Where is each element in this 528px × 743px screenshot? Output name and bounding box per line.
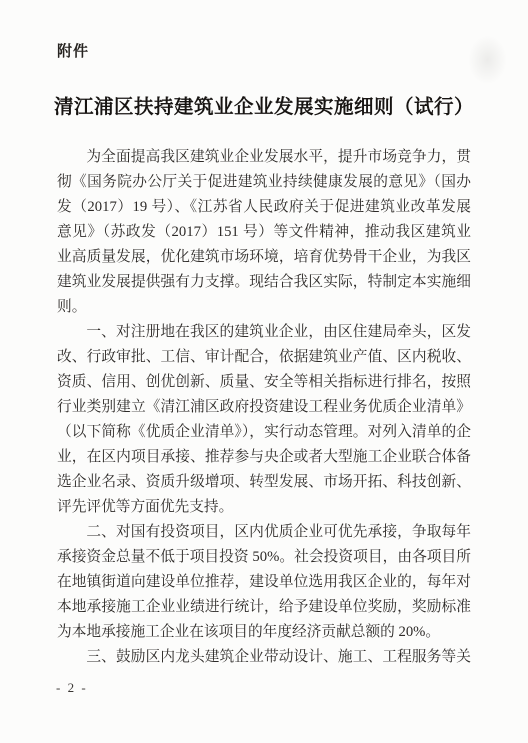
text-line: 评先评优等方面优先支持。 (57, 495, 471, 520)
body-paragraph: 一、对注册地在我区的建筑业企业，由区住建局牵头，区发 改、行政审批、工信、审计配… (57, 320, 471, 520)
text-line: 承接资金总量不低于项目投资 50%。社会投资项目，由各项目所 (57, 545, 471, 570)
text-line: 为本地承接施工企业在该项目的年度经济贡献总额的 20%。 (57, 620, 471, 645)
text-line: （以下简称《优质企业清单》），实行动态管理。对列入清单的企 (57, 420, 471, 445)
body-paragraph: 二、对国有投资项目，区内优质企业可优先承接，争取每年 承接资金总量不低于项目投资… (57, 520, 471, 645)
text-line: 业高质量发展，优化建筑市场环境，培育优势骨干企业，为我区 (57, 245, 471, 270)
document-title: 清江浦区扶持建筑业企业发展实施细则（试行） (0, 91, 528, 119)
document-page: 附件 清江浦区扶持建筑业企业发展实施细则（试行） 为全面提高我区建筑业企业发展水… (0, 0, 528, 743)
text-line: 建筑业发展提供强有力支撑。现结合我区实际，特制定本实施细 (57, 270, 471, 295)
text-line: 资质、信用、创优创新、质量、安全等相关指标进行排名，按照 (57, 370, 471, 395)
document-body: 为全面提高我区建筑业企业发展水平，提升市场竞争力，贯 彻《国务院办公厅关于促进建… (57, 145, 471, 670)
text-line: 一、对注册地在我区的建筑业企业，由区住建局牵头，区发 (57, 320, 471, 345)
scan-smudge (460, 25, 515, 95)
text-line: 在地镇街道向建设单位推荐，建设单位选用我区企业的，每年对 (57, 570, 471, 595)
text-line: 选企业名录、资质升级增项、转型发展、市场开拓、科技创新、 (57, 470, 471, 495)
text-line: 为全面提高我区建筑业企业发展水平，提升市场竞争力，贯 (57, 145, 471, 170)
text-line: 意见》（苏政发（2017）151 号）等文件精神，推动我区建筑业企 (57, 220, 471, 245)
text-line: 发（2017）19 号）、《江苏省人民政府关于促进建筑业改革发展的 (57, 195, 471, 220)
text-line: 二、对国有投资项目，区内优质企业可优先承接，争取每年 (57, 520, 471, 545)
body-paragraph: 为全面提高我区建筑业企业发展水平，提升市场竞争力，贯 彻《国务院办公厅关于促进建… (57, 145, 471, 320)
page-number: - 2 - (56, 678, 88, 698)
text-line: 本地承接施工企业业绩进行统计，给予建设单位奖励，奖励标准 (57, 595, 471, 620)
text-line: 三、鼓励区内龙头建筑企业带动设计、施工、工程服务等关 (57, 645, 471, 670)
text-line: 则。 (57, 295, 471, 320)
text-line: 彻《国务院办公厅关于促进建筑业持续健康发展的意见》（国办 (57, 170, 471, 195)
text-line: 行业类别建立《清江浦区政府投资建设工程业务优质企业清单》 (57, 395, 471, 420)
attachment-label: 附件 (57, 40, 89, 61)
text-line: 改、行政审批、工信、审计配合，依据建筑业产值、区内税收、 (57, 345, 471, 370)
text-line: 业，在区内项目承接、推荐参与央企或者大型施工企业联合体备 (57, 445, 471, 470)
body-paragraph: 三、鼓励区内龙头建筑企业带动设计、施工、工程服务等关 (57, 645, 471, 670)
